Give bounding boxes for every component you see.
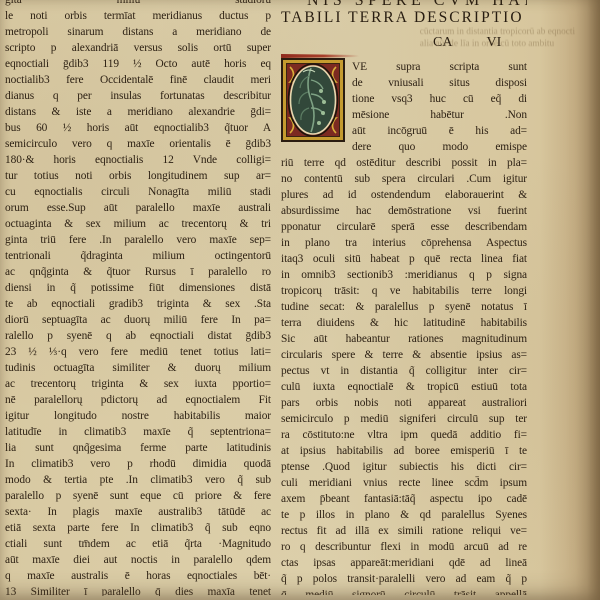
text-line: pectus vt in distantia q̃ colligitur int…	[281, 363, 527, 379]
text-line: tudinis octuagīta similiter & duorų mili…	[5, 360, 271, 376]
text-line: diorū septuagīta ac duorų miliū fere In …	[5, 312, 271, 328]
text-line: octuaginta & sex milium ac trecentorų & …	[5, 216, 271, 232]
chapter-label: CA	[433, 35, 452, 51]
text-line: ginta triū fere .In paralello vero maxīe…	[5, 232, 271, 248]
intro-row: VE supra scripta suntde vniusali situs d…	[281, 58, 527, 155]
left-text-column: gīta miliū stadiorū le noti orbis termīa…	[5, 0, 271, 596]
text-line: tropicorų trāsit: q ve habitabilis terre…	[281, 283, 527, 299]
text-line: riū terre qd ostēditur describi possit i…	[281, 155, 527, 171]
running-title-top-partial: NIS SPERE CVM HABI	[307, 0, 527, 9]
text-line: noctialib3 fere Occidentalē finē claudit…	[5, 72, 271, 88]
text-line: plures ad id ostendendum elaborauerint &	[281, 187, 527, 203]
text-line: pars orbis nobis noti appareat australio…	[281, 395, 527, 411]
text-line: ctas ipsas appareāt:meridiani qdē ad lin…	[281, 555, 527, 571]
text-line: cu eqnoctialis circuli Nonagīta miliū st…	[5, 184, 271, 200]
text-line: ac qnq̃ginta & q̃tuor Rursus ī paralello…	[5, 264, 271, 280]
rubrication-stroke	[281, 54, 359, 58]
chapter-number: VI	[486, 35, 501, 51]
text-line: q maxīe australis ē horas eqnoctiales bē…	[5, 568, 271, 584]
text-line: metropoli sinarum distans a meridiano de	[5, 24, 271, 40]
text-line: culū iuxta eqnoctialē & tropicū estiuū t…	[281, 379, 527, 395]
text-line: sexta· In plagis maxīe australib3 tātūdē…	[5, 504, 271, 520]
text-line: at ipsius habitabilis ad boree emisperiū…	[281, 443, 527, 459]
text-line: nē paralellorų pdictorų ad eqnoctialem F…	[5, 392, 271, 408]
book-page-photo: gīta miliū stadiorū le noti orbis termīa…	[0, 0, 600, 600]
text-line: ralello p syenē q ab eqnoctiali distat ḡ…	[5, 328, 271, 344]
text-line: tudine secat: & paralellus p syenē notat…	[281, 299, 527, 315]
text-line: eqnoctiali ḡdib3 119 ½ Octo autē horis e…	[5, 56, 271, 72]
text-line: semicirculo p mediū signiferi circulū su…	[281, 411, 527, 427]
text-line: tur totius noti orbis longitudinem sup a…	[5, 168, 271, 184]
left-column-top-partial-line: gīta miliū stadiorū	[5, 0, 271, 8]
text-line: le noti orbis termīat meridianus ductus …	[5, 8, 271, 24]
text-line: 13 Similiter ī paralello q̄ dies maxīa t…	[5, 584, 271, 596]
running-title-line1: NIS SPERE CVM HABI	[307, 0, 527, 9]
text-line: pponatur circularē sperā esse describend…	[281, 219, 527, 235]
text-line: mēsione habētur .Non	[352, 107, 527, 123]
illuminated-initial-Q	[281, 58, 345, 142]
text-line: gīta miliū stadiorū	[5, 0, 271, 8]
text-line: paralello p syenē sunt eque cū priore & …	[5, 488, 271, 504]
text-line: te p illos in plano & qd paralellus Syen…	[281, 507, 527, 523]
left-column-bottom-partial-line: 13 Similiter ī paralello q̄ dies maxīa t…	[5, 584, 271, 596]
text-line: tione vsq3 huc cū eq̃ di	[352, 91, 527, 107]
text-line: itaq3 oculi sitū habeat p quē recta line…	[281, 251, 527, 267]
text-line: ctiali sunt tm̄dem ac etiā q̃rta ·Magnit…	[5, 536, 271, 552]
text-line: q̃ p polos transit·paralelli vero ad eam…	[281, 571, 527, 587]
intro-lines: VE supra scripta suntde vniusali situs d…	[352, 58, 527, 155]
text-line: ra cōstituto:ne vltra ipm quedā additio …	[281, 427, 527, 443]
text-line: no contentū sub spera circulari .Cum igi…	[281, 171, 527, 187]
text-line: rectus fit ad illā ex simili ratione rel…	[281, 523, 527, 539]
text-line: orum esse.Sup aūt paralello maxīe austra…	[5, 200, 271, 216]
text-line: dianus q per insulas fortunatas describi…	[5, 88, 271, 104]
text-line: distans & iste a meridiano alexandrie ḡd…	[5, 104, 271, 120]
text-line: in plano tra interius cōprehensa Aspectu…	[281, 235, 527, 251]
text-line: absurdissime hac demōstratione vsi fueri…	[281, 203, 527, 219]
text-line: semicirculo vero q maxīe orientalis ē ḡd…	[5, 136, 271, 152]
text-line: bus 60 ½ horis aūt eqnoctialib3 q̃tuor A	[5, 120, 271, 136]
text-line: igitur longitudo nostre habitabilis maio…	[5, 408, 271, 424]
text-line: etiā sexta parte fere In climatib3 q̃ su…	[5, 520, 271, 536]
initial-Q-artwork	[281, 58, 345, 142]
text-line: terra diuidens & hic latitudinē habitabi…	[281, 315, 527, 331]
chapter-heading: CA VI	[433, 35, 527, 51]
text-line: dere quo modo emispe	[352, 139, 527, 155]
text-line: 23 ½ ⅓·q vero fere mediū tenet totius la…	[5, 344, 271, 360]
text-line: te ab eqnoctiali gradib3 triginta & sex …	[5, 296, 271, 312]
text-line: circularis spere & terre & absentie ipsi…	[281, 347, 527, 363]
text-line: de vniusali situs disposi	[352, 75, 527, 91]
text-line: ptense .Quod igitur subiectis his dicti …	[281, 459, 527, 475]
text-line: In climatib3 vero p rhodū dimidia quodā	[5, 456, 271, 472]
right-column-lines: riū terre qd ostēditur describi possit i…	[281, 155, 527, 587]
text-line: lia sunt qnq̃gesima ferme parte latitudi…	[5, 440, 271, 456]
right-column-bottom-partial-line: q̄ mediū signorū circulū trāsit appellā	[281, 587, 527, 595]
text-line: VE supra scripta sunt	[352, 59, 527, 75]
right-text-column: NIS SPERE CVM HABI TABILI TERRA DESCRIPT…	[281, 0, 527, 595]
text-line: in omnib3 sectionib3 :meridianus q p sig…	[281, 267, 527, 283]
running-title-line2: TABILI TERRA DESCRIPTIO	[281, 9, 527, 26]
left-column-lines: le noti orbis termīat meridianus ductus …	[5, 8, 271, 584]
text-line: axem p̄beant fantasiā:tāq̃ aspectu ipo c…	[281, 491, 527, 507]
text-line: ro q describuntur flexi in modū arcuū ad…	[281, 539, 527, 555]
text-line: 180·& horis eqnoctialis 12 Vnde colligi=	[5, 152, 271, 168]
text-line: modo & tertia pte .In climatib3 vero q̃ …	[5, 472, 271, 488]
text-line: aūt maxīe diei aut noctis in paralello q…	[5, 552, 271, 568]
text-line: scripto p alexandriā versus solis ortū s…	[5, 40, 271, 56]
text-line: tentrionali q̃draginta milium octingento…	[5, 248, 271, 264]
text-line: culi meridiani vnius recte linee scd̄m i…	[281, 475, 527, 491]
text-line: diensi in q̃ potissime fiūt dimensiones …	[5, 280, 271, 296]
text-line: Sic aūt habeantur rationes magnitudinum	[281, 331, 527, 347]
page-edge-shadow	[587, 0, 600, 600]
text-line: aūt incōgruū ē his ad=	[352, 123, 527, 139]
text-line: q̄ mediū signorū circulū trāsit appellā	[281, 587, 527, 595]
text-line: latitudīe in climatib3 maxīe q̃ septentr…	[5, 424, 271, 440]
text-line: ac trecentorų triginta & sex iuxta pport…	[5, 376, 271, 392]
